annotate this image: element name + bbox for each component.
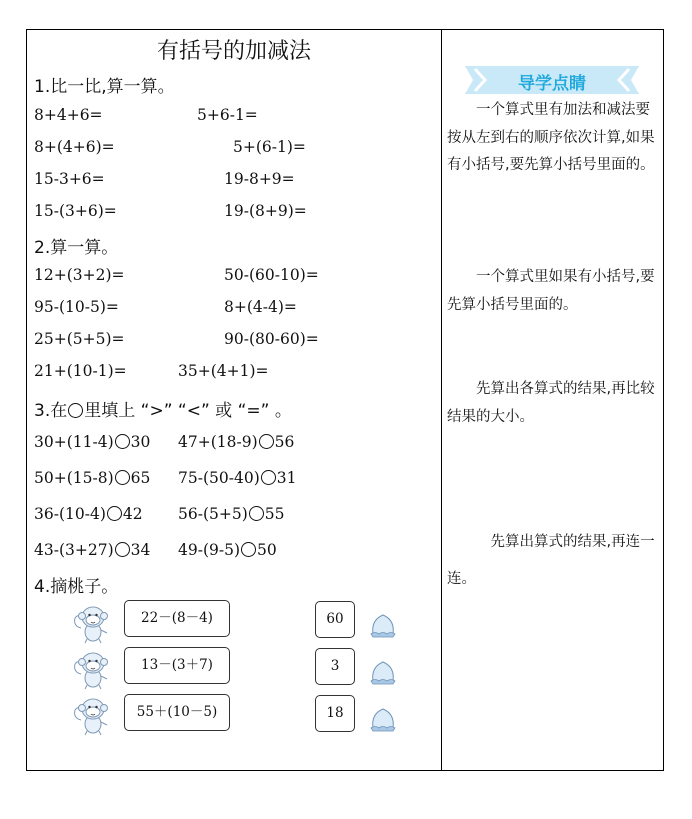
equation: 95-(10-5)=: [34, 298, 119, 316]
equation: 5+6-1=: [197, 106, 258, 124]
equation: 25+(5+5)=: [34, 330, 125, 348]
monkey-icon: [71, 602, 115, 644]
monkey-icon: [71, 648, 115, 690]
column-divider: [441, 30, 442, 770]
comparison: 50+(15-8)65: [34, 469, 150, 487]
guide-banner: 导学点睛: [465, 66, 639, 94]
comparison-left: 47+(18-9): [178, 433, 258, 451]
page-title: 有括号的加减法: [27, 34, 441, 65]
heading-part: 里填上 “>” “<” 或 “=” 。: [84, 401, 292, 421]
peach-icon: [367, 612, 399, 640]
section-1-heading: 1.比一比,算一算。: [34, 72, 175, 97]
guide-banner-title: 导学点睛: [465, 69, 639, 94]
comparison-left: 50+(15-8): [34, 469, 114, 487]
equation: 19-8+9=: [224, 170, 295, 188]
equation: 15-3+6=: [34, 170, 105, 188]
guide-note-2: 一个算式里如果有小括号,要先算小括号里面的。: [447, 264, 659, 319]
guide-note-1: 一个算式里有加法和减法要按从左到右的顺序依次计算,如果有小括号,要先算小括号里面…: [447, 97, 659, 180]
equation: 35+(4+1)=: [178, 362, 269, 380]
compare-circle[interactable]: [115, 542, 130, 557]
compare-circle[interactable]: [241, 542, 256, 557]
expression-card[interactable]: 55＋(10－5): [124, 694, 230, 731]
equation: 5+(6-1)=: [233, 138, 306, 156]
comparison-right: 31: [277, 469, 297, 487]
answer-card[interactable]: 60: [315, 601, 355, 638]
heading-part: 3.在: [34, 401, 67, 421]
peach-icon: [367, 659, 399, 687]
equation: 8+(4-4)=: [224, 298, 297, 316]
comparison-left: 75-(50-40): [178, 469, 260, 487]
guide-note-4: 先算出算式的结果,再连一连。: [447, 524, 659, 598]
compare-circle[interactable]: [261, 470, 276, 485]
comparison: 56-(5+5)55: [178, 505, 285, 523]
expression-card[interactable]: 13－(3＋7): [124, 647, 230, 684]
answer-card[interactable]: 18: [315, 695, 355, 732]
equation: 90-(80-60)=: [224, 330, 319, 348]
equation: 21+(10-1)=: [34, 362, 127, 380]
comparison-left: 43-(3+27): [34, 541, 114, 559]
comparison-left: 30+(11-4): [34, 433, 114, 451]
section-3-heading: 3.在里填上 “>” “<” 或 “=” 。: [34, 396, 292, 421]
comparison: 36-(10-4)42: [34, 505, 143, 523]
comparison-right: 65: [131, 469, 151, 487]
expression-card[interactable]: 22－(8－4): [124, 600, 230, 637]
comparison: 47+(18-9)56: [178, 433, 294, 451]
comparison: 30+(11-4)30: [34, 433, 150, 451]
comparison-right: 30: [131, 433, 151, 451]
peach-icon: [367, 706, 399, 734]
comparison-right: 42: [123, 505, 143, 523]
compare-circle[interactable]: [107, 506, 122, 521]
equation: 8+(4+6)=: [34, 138, 115, 156]
comparison: 75-(50-40)31: [178, 469, 296, 487]
worksheet-table: 有括号的加减法 1.比一比,算一算。 8+4+6= 5+6-1= 8+(4+6)…: [26, 29, 664, 771]
compare-circle[interactable]: [259, 434, 274, 449]
equation: 19-(8+9)=: [224, 202, 307, 220]
monkey-icon: [71, 694, 115, 736]
comparison-left: 36-(10-4): [34, 505, 106, 523]
section-4-heading: 4.摘桃子。: [34, 572, 118, 597]
comparison: 43-(3+27)34: [34, 541, 150, 559]
compare-circle[interactable]: [115, 470, 130, 485]
comparison-right: 50: [257, 541, 277, 559]
comparison-left: 56-(5+5): [178, 505, 248, 523]
comparison-left: 49-(9-5): [178, 541, 240, 559]
equation: 12+(3+2)=: [34, 266, 125, 284]
equation: 50-(60-10)=: [224, 266, 319, 284]
equation: 15-(3+6)=: [34, 202, 117, 220]
comparison-right: 55: [265, 505, 285, 523]
comparison-right: 56: [275, 433, 295, 451]
comparison-right: 34: [131, 541, 151, 559]
guide-note-3: 先算出各算式的结果,再比较结果的大小。: [447, 376, 659, 431]
section-2-heading: 2.算一算。: [34, 233, 118, 258]
circle-blank-icon: [68, 403, 83, 418]
compare-circle[interactable]: [249, 506, 264, 521]
comparison: 49-(9-5)50: [178, 541, 277, 559]
answer-card[interactable]: 3: [315, 648, 355, 685]
compare-circle[interactable]: [115, 434, 130, 449]
equation: 8+4+6=: [34, 106, 103, 124]
